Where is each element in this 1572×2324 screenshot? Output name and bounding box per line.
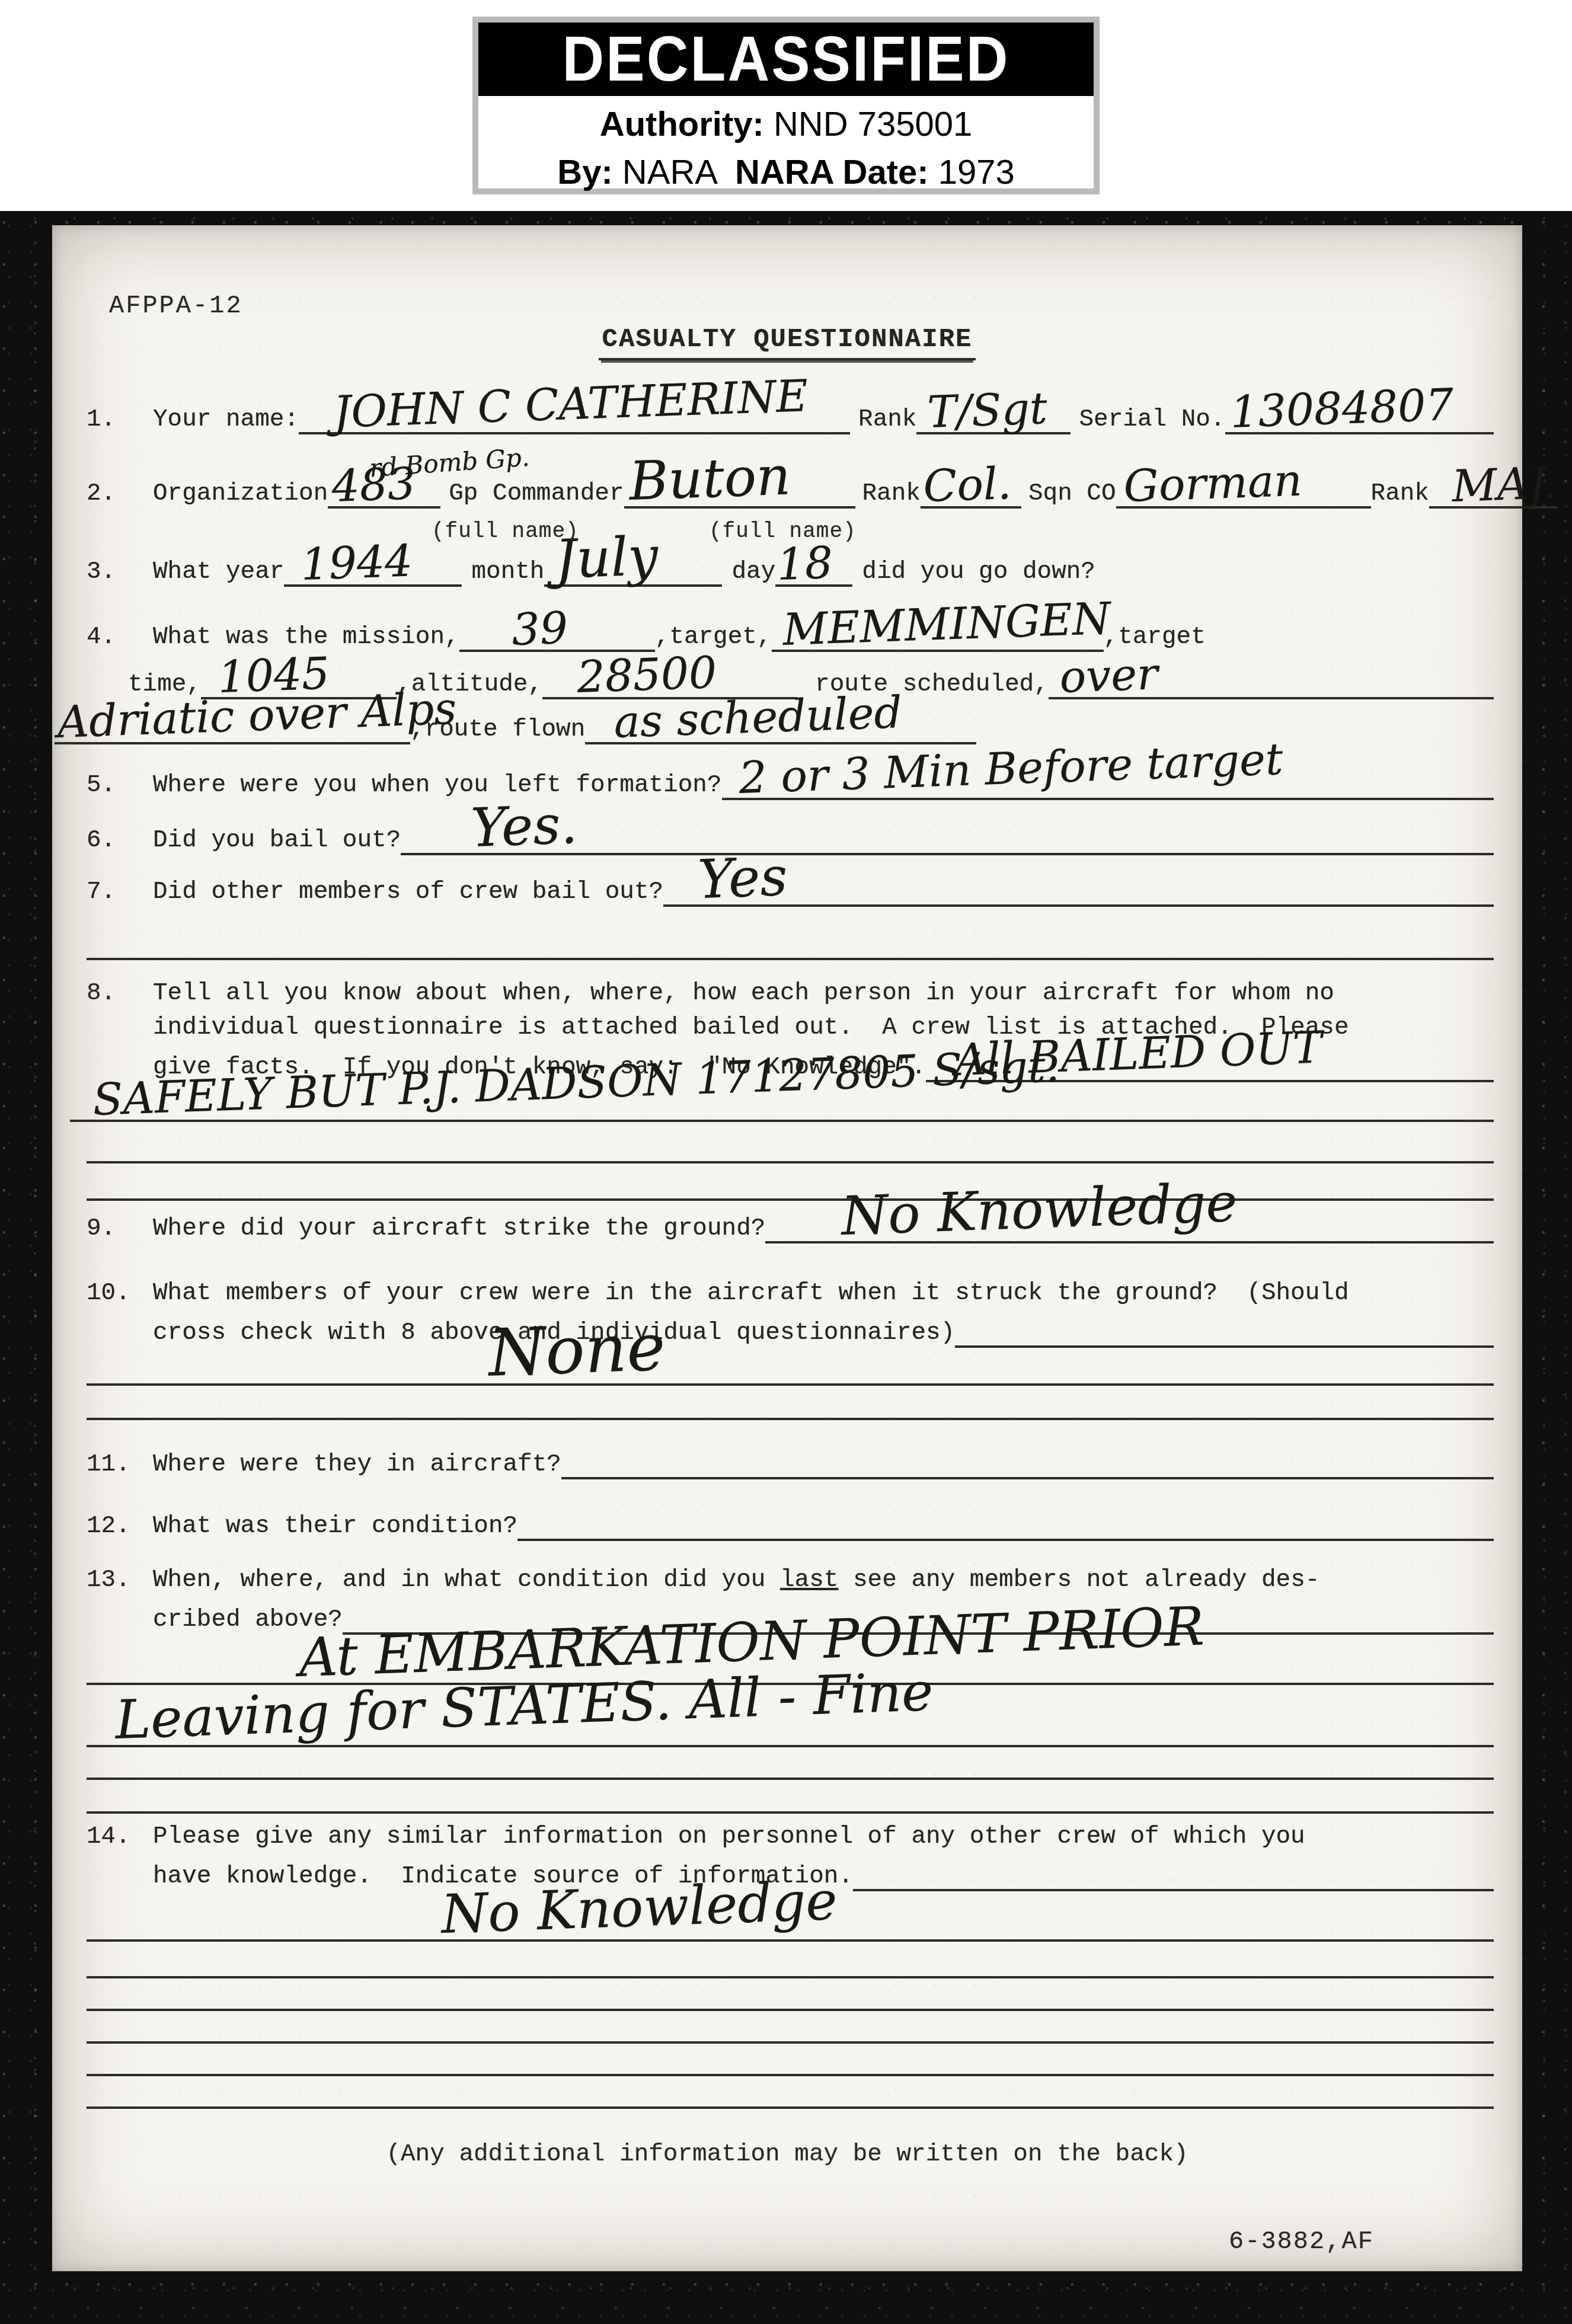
q10-answer-blank-1	[955, 1313, 1494, 1348]
form-number: AFPPA-12	[109, 292, 243, 320]
scan-dark-border: AFPPA-12 CASUALTY QUESTIONNAIRE 1. Your …	[0, 211, 1572, 2324]
ruled-line	[87, 1746, 1494, 1780]
q12-number: 12.	[87, 1512, 153, 1541]
q4-altitude-value: 28500	[576, 651, 717, 699]
q4-target-label-2: ,target	[1104, 623, 1206, 652]
q1-rank-blank: T/Sgt	[916, 400, 1071, 434]
q2-sqn-value: Gorman	[1123, 459, 1302, 509]
authority-spacer	[764, 105, 774, 143]
q3-year-blank: 1944	[284, 552, 462, 587]
declassified-stamp: DECLASSIFIED Authority: NND 735001 By: N…	[472, 17, 1100, 194]
q11-row: 11. Where were they in aircraft?	[87, 1445, 1494, 1479]
q14-ruled-line-5	[87, 2074, 1494, 2109]
q8-ruled-line-2	[87, 1166, 1494, 1201]
q4-route-scheduled-blank-2: Adriatic over Alps	[55, 710, 410, 744]
q5-row: 5. Where were you when you left formatio…	[87, 766, 1494, 800]
stamp-by-line: By: NARA NARA Date: 1973	[478, 152, 1094, 192]
declassified-title: DECLASSIFIED	[563, 23, 1010, 95]
q5-answer-value: 2 or 3 Min Before target	[738, 737, 1283, 800]
q13-text-1a: When, where, and in what condition did y…	[153, 1566, 780, 1595]
q3-month-value: July	[554, 530, 659, 587]
q10-answer-value: None	[487, 1315, 666, 1386]
q2-commander-label: Gp Commander	[449, 479, 624, 509]
q6-answer-blank: Yes.	[401, 821, 1494, 855]
q6-row: 6. Did you bail out? Yes.	[87, 821, 1494, 855]
additional-info-note: (Any additional information may be writt…	[52, 2141, 1522, 2168]
q4-mission-value: 39	[511, 606, 568, 652]
q14-row-3: No Knowledge	[87, 1907, 1494, 1942]
q1-rank-label: Rank	[858, 405, 916, 434]
q6-answer-value: Yes.	[470, 798, 579, 855]
q14-answer-blank-1	[853, 1857, 1494, 1891]
q13-text-1b: see any members not already des-	[838, 1566, 1319, 1595]
q13-row-4: Leaving for STATES. All - Fine	[87, 1713, 1494, 1747]
q12-row: 12. What was their condition?	[87, 1507, 1494, 1541]
q14-ruled-line-4	[87, 2042, 1494, 2076]
q9-answer-blank: No Knowledge	[765, 1209, 1494, 1243]
declassified-stamp-band: DECLASSIFIED	[478, 23, 1094, 96]
q2-commander-blank: Buton	[624, 474, 855, 509]
q2-number: 2.	[87, 479, 153, 509]
q7-label: Did other members of crew bail out?	[153, 878, 663, 907]
q10-row-3: None	[87, 1351, 1494, 1386]
q3-day-label: day	[731, 558, 775, 587]
q13-answer-blank-3: Leaving for STATES. All - Fine	[87, 1713, 1494, 1747]
q5-number: 5.	[87, 771, 153, 800]
form-title-row: CASUALTY QUESTIONNAIRE	[52, 325, 1522, 360]
q7-extra-ruled-line	[87, 926, 1494, 960]
q10-row-2: cross check with 8 above and individual …	[153, 1313, 1494, 1348]
q14-answer-value: No Knowledge	[440, 1875, 838, 1942]
q11-number: 11.	[87, 1450, 153, 1479]
date-spacer2	[929, 153, 938, 191]
ruled-line	[87, 1166, 1494, 1201]
q3-month-label: month	[471, 558, 544, 587]
q1-rank-value: T/Sgt	[927, 386, 1049, 434]
q13-ruled-line-2	[87, 1779, 1494, 1814]
q2-rank2-blank: MAJ.	[1429, 474, 1558, 509]
q4-route-scheduled-value-2: Adriatic over Alps	[56, 687, 457, 744]
date-spacer	[716, 153, 735, 191]
ruled-line	[87, 1944, 1494, 1978]
q11-label: Where were they in aircraft?	[153, 1450, 561, 1479]
q3-number: 3.	[87, 558, 153, 587]
ruled-line	[87, 1779, 1494, 1814]
q2-sqn-blank: Gorman	[1116, 474, 1371, 509]
q8-text-1: Tell all you know about when, where, how…	[153, 979, 1334, 1008]
q13-ruled-line-1	[87, 1746, 1494, 1780]
questionnaire-paper: AFPPA-12 CASUALTY QUESTIONNAIRE 1. Your …	[52, 225, 1522, 2271]
q6-label: Did you bail out?	[153, 826, 401, 855]
q10-text-1: What members of your crew were in the ai…	[153, 1279, 1349, 1308]
q10-row-1: 10. What members of your crew were in th…	[87, 1279, 1494, 1308]
stamp-authority-line: Authority: NND 735001	[478, 104, 1094, 144]
q8-row-1: 8. Tell all you know about when, where, …	[87, 979, 1494, 1008]
q6-number: 6.	[87, 826, 153, 855]
q10-number: 10.	[87, 1279, 153, 1308]
q3-year-label: What year	[153, 558, 284, 587]
ruled-line	[87, 1977, 1494, 2011]
q4-route-scheduled-blank: over	[1049, 665, 1494, 699]
q7-answer-blank: Yes	[663, 872, 1494, 907]
authority-value: NND 735001	[774, 105, 972, 143]
q2-row: 2. Organization 483rd Bomb Gp. Gp Comman…	[87, 474, 1494, 509]
q14-answer-blank-2: No Knowledge	[87, 1907, 1494, 1942]
q3-tail: did you go down?	[862, 558, 1095, 587]
ruled-line	[87, 1129, 1494, 1163]
q11-answer-blank	[561, 1445, 1494, 1479]
q4-target-blank: MEMMINGEN	[772, 618, 1104, 652]
q2-sqn-label: Sqn CO	[1028, 479, 1116, 509]
q3-row: 3. What year 1944 month July day 18 did …	[87, 552, 1494, 587]
q1-serial-value: 13084807	[1229, 383, 1454, 434]
q1-number: 1.	[87, 405, 153, 434]
ruled-line	[87, 2042, 1494, 2076]
q2-commander-value: Buton	[628, 450, 791, 509]
q9-number: 9.	[87, 1214, 153, 1243]
scanned-document-page: { "colors": {"stamp_bg": "#000000", "pap…	[0, 0, 1572, 2324]
q12-answer-blank	[517, 1507, 1494, 1541]
q4-mission-blank: 39	[459, 618, 655, 652]
q2-label: Organization	[153, 479, 328, 509]
q4-row-1: 4. What was the mission, 39 ,target, MEM…	[87, 618, 1494, 652]
q1-row: 1. Your name: JOHN C CATHERINE Rank T/Sg…	[87, 400, 1494, 434]
by-value: NARA	[622, 153, 716, 191]
q9-label: Where did your aircraft strike the groun…	[153, 1214, 765, 1243]
q14-ruled-line-1	[87, 1944, 1494, 1978]
ruled-line	[87, 926, 1494, 960]
q3-month-blank: July	[544, 552, 722, 587]
nara-date-label: NARA Date:	[735, 153, 929, 191]
q4-target-value: MEMMINGEN	[782, 597, 1111, 652]
q7-answer-value: Yes	[697, 851, 788, 907]
q13-row-1: 13. When, where, and in what condition d…	[87, 1566, 1494, 1595]
form-title: CASUALTY QUESTIONNAIRE	[599, 325, 976, 360]
ruled-line	[87, 2009, 1494, 2044]
q14-ruled-line-3	[87, 2009, 1494, 2044]
authority-label: Authority:	[600, 105, 764, 143]
q13-text-last-underlined: last	[780, 1566, 838, 1595]
q9-row: 9. Where did your aircraft strike the gr…	[87, 1209, 1494, 1243]
nara-date-value: 1973	[938, 153, 1015, 191]
q8-row-4: SAFELY BUT P.J. DADSON 17127805 S/sgt.	[70, 1088, 1494, 1122]
q8-number: 8.	[87, 979, 153, 1008]
q4-mission-label: What was the mission,	[153, 623, 459, 652]
q13-number: 13.	[87, 1566, 153, 1595]
q2-rank2-label: Rank	[1371, 479, 1429, 509]
q7-row: 7. Did other members of crew bail out? Y…	[87, 872, 1494, 907]
q3-day-value: 18	[777, 541, 834, 587]
ruled-line	[87, 2074, 1494, 2109]
q14-ruled-line-2	[87, 1977, 1494, 2011]
q7-number: 7.	[87, 878, 153, 907]
q14-text-1: Please give any similar information on p…	[153, 1823, 1305, 1852]
q4-number: 4.	[87, 623, 153, 652]
q2-rank-blank: Col.	[921, 474, 1021, 509]
q1-name-value: JOHN C CATHERINE	[333, 374, 809, 434]
ruled-line	[87, 1386, 1494, 1420]
q14-number: 14.	[87, 1823, 153, 1852]
q5-answer-blank: 2 or 3 Min Before target	[722, 766, 1494, 800]
q2-rank-value: Col.	[922, 462, 1012, 509]
form-code: 6-3882,AF	[1229, 2227, 1374, 2256]
q1-name-blank: JOHN C CATHERINE	[299, 400, 850, 434]
by-spacer	[613, 153, 622, 191]
q2-rank2-value: MAJ.	[1451, 461, 1557, 509]
q12-label: What was their condition?	[153, 1512, 517, 1541]
q2-org-blank: 483rd Bomb Gp.	[328, 474, 440, 509]
q1-serial-label: Serial No.	[1079, 405, 1225, 434]
by-label: By:	[557, 153, 612, 191]
q3-year-value: 1944	[301, 539, 414, 587]
q10-ruled-line	[87, 1386, 1494, 1420]
q4-route-flown-value: as scheduled	[614, 691, 903, 744]
q4-route-flown-blank: as scheduled	[585, 710, 976, 744]
q5-label: Where were you when you left formation?	[153, 771, 722, 800]
q14-row-1: 14. Please give any similar information …	[87, 1823, 1494, 1852]
q2-rank-label: Rank	[862, 479, 921, 509]
q1-serial-blank: 13084807	[1225, 400, 1494, 434]
q4-route-scheduled-value-1: over	[1059, 652, 1158, 699]
q8-answer-blank-2: SAFELY BUT P.J. DADSON 17127805 S/sgt.	[70, 1088, 1494, 1122]
q1-label: Your name:	[153, 405, 299, 434]
q10-answer-blank-2: None	[87, 1351, 1494, 1386]
q3-day-blank: 18	[775, 552, 852, 587]
q9-answer-value: No Knowledge	[841, 1177, 1238, 1243]
q8-ruled-line-1	[87, 1129, 1494, 1163]
q2-org-superscript: rd Bomb Gp.	[369, 443, 531, 484]
